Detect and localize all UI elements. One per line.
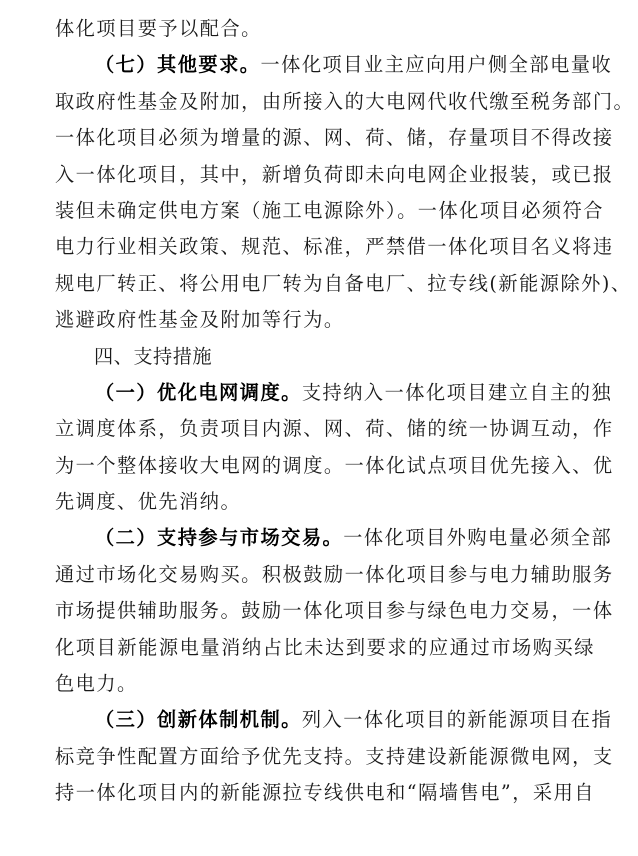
section-heading: 四、支持措施 — [55, 339, 595, 375]
text-line: 标竞争性配置方面给予优先支持。支持建设新能源微电网，支 — [55, 739, 595, 775]
text-line: 先调度、优先消纳。 — [55, 484, 595, 520]
paragraph-line: （七）其他要求。一体化项目业主应向用户侧全部电量收 — [55, 47, 595, 83]
text-line: 体化项目要予以配合。 — [55, 11, 595, 47]
document-page: 体化项目要予以配合。 （七）其他要求。一体化项目业主应向用户侧全部电量收 取政府… — [55, 11, 595, 812]
text-line: 逃避政府性基金及附加等行为。 — [55, 302, 595, 338]
section-title: （七）其他要求。 — [95, 53, 261, 76]
text-line: 入一体化项目，其中，新增负荷即未向电网企业报装，或已报 — [55, 157, 595, 193]
text-line: 一体化项目必须为增量的源、网、荷、储，存量项目不得改接 — [55, 120, 595, 156]
paragraph-line: （二）支持参与市场交易。一体化项目外购电量必须全部 — [55, 520, 595, 556]
paragraph-text: 一体化项目业主应向用户侧全部电量收 — [261, 53, 613, 76]
paragraph-text: 列入一体化项目的新能源项目在指 — [302, 708, 612, 731]
section-title: （二）支持参与市场交易。 — [95, 526, 343, 549]
section-title: （一）优化电网调度。 — [95, 381, 302, 404]
paragraph-line: （一）优化电网调度。支持纳入一体化项目建立自主的独 — [55, 375, 595, 411]
paragraph-line: （三）创新体制机制。列入一体化项目的新能源项目在指 — [55, 702, 595, 738]
text-line: 立调度体系，负责项目内源、网、荷、储的统一协调互动，作 — [55, 411, 595, 447]
text-line: 市场提供辅助服务。鼓励一体化项目参与绿色电力交易，一体 — [55, 593, 595, 629]
text-line: 通过市场化交易购买。积极鼓励一体化项目参与电力辅助服务 — [55, 557, 595, 593]
text-line: 持一体化项目内的新能源拉专线供电和“隔墙售电”，采用自 — [55, 775, 595, 811]
text-line: 装但未确定供电方案（施工电源除外）。一体化项目必须符合 — [55, 193, 595, 229]
text-line: 取政府性基金及附加，由所接入的大电网代收代缴至税务部门。 — [55, 84, 595, 120]
text-line: 规电厂转正、将公用电厂转为自备电厂、拉专线(新能源除外)、 — [55, 266, 595, 302]
paragraph-text: 一体化项目外购电量必须全部 — [343, 526, 612, 549]
section-title: （三）创新体制机制。 — [95, 708, 302, 731]
text-line: 化项目新能源电量消纳占比未达到要求的应通过市场购买绿 — [55, 630, 595, 666]
paragraph-text: 支持纳入一体化项目建立自主的独 — [302, 381, 612, 404]
text-line: 色电力。 — [55, 666, 595, 702]
text-line: 为一个整体接收大电网的调度。一体化试点项目优先接入、优 — [55, 448, 595, 484]
text-line: 电力行业相关政策、规范、标准，严禁借一体化项目名义将违 — [55, 229, 595, 265]
